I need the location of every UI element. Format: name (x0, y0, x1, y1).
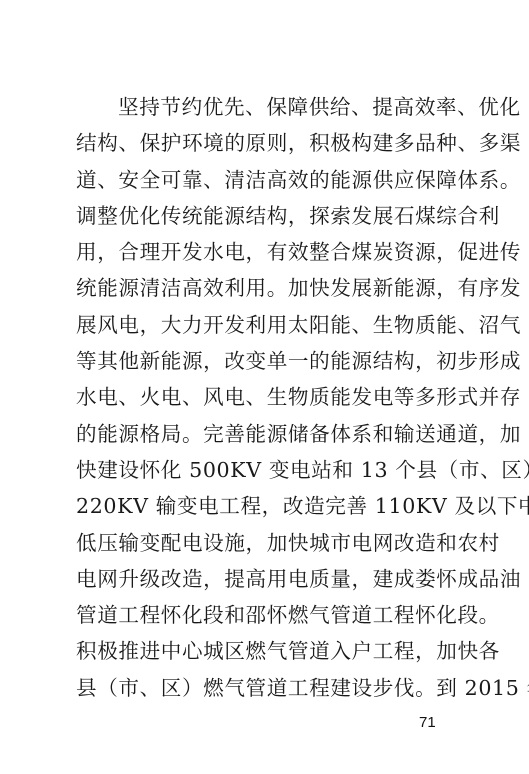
text-line: 水电、火电、风电、生物质能发电等多形式并存 (76, 379, 454, 415)
text-line: 等其他新能源，改变单一的能源结构，初步形成 (76, 343, 454, 379)
text-line: 快建设怀化 500KV 变电站和 13 个县（市、区） (76, 452, 454, 488)
text-line: 坚持节约优先、保障供给、提高效率、优化 (76, 89, 454, 125)
text-line: 展风电，大力开发利用太阳能、生物质能、沼气 (76, 307, 454, 343)
text-line: 县（市、区）燃气管道工程建设步伐。到 2015 年， (76, 670, 454, 706)
page-number: 71 (419, 714, 436, 731)
text-line: 积极推进中心城区燃气管道入户工程，加快各 (76, 633, 454, 669)
text-line: 道、安全可靠、清洁高效的能源供应保障体系。 (76, 162, 454, 198)
text-line: 用，合理开发水电，有效整合煤炭资源，促进传 (76, 234, 454, 270)
body-text: 坚持节约优先、保障供给、提高效率、优化 结构、保护环境的原则，积极构建多品种、多… (76, 89, 454, 706)
text-line: 的能源格局。完善能源储备体系和输送通道，加 (76, 416, 454, 452)
text-line: 结构、保护环境的原则，积极构建多品种、多渠 (76, 125, 454, 161)
text-line: 低压输变配电设施，加快城市电网改造和农村 (76, 525, 454, 561)
text-line: 统能源清洁高效利用。加快发展新能源，有序发 (76, 270, 454, 306)
text-line: 管道工程怀化段和邵怀燃气管道工程怀化段。 (76, 597, 454, 633)
text-line: 调整优化传统能源结构，探索发展石煤综合利 (76, 198, 454, 234)
text-line: 220KV 输变电工程，改造完善 110KV 及以下中 (76, 488, 454, 524)
text-line: 电网升级改造，提高用电质量，建成娄怀成品油 (76, 561, 454, 597)
